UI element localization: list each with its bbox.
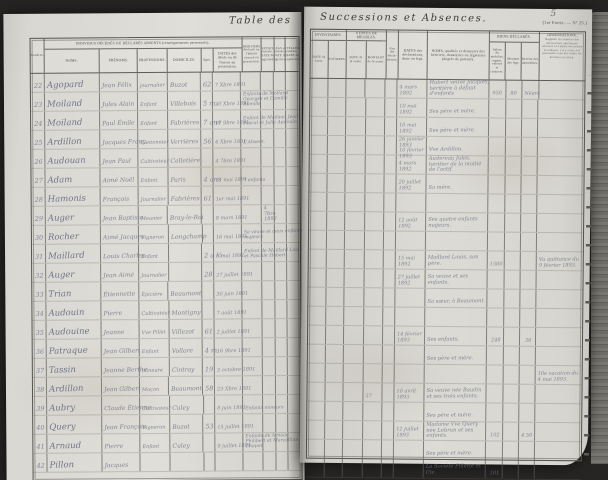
register-row: 23 Moiland Jules Alain Enfant Villebois … — [31, 91, 299, 112]
cell-vente-montant — [364, 288, 384, 306]
register-row-right: Ses père et mère. — [308, 345, 582, 367]
cell-numero: 31 — [32, 245, 46, 263]
cell-observation — [536, 385, 582, 403]
cell-numero: 27 — [31, 169, 45, 187]
cell-noms-heritiers — [426, 232, 488, 251]
cell-domicile: Vollore — [169, 339, 203, 357]
cell-vente-date — [344, 326, 364, 344]
observations-boilerplate: Rappeler les numéros des déclarations an… — [540, 38, 584, 59]
cell-profession: Maçon — [140, 377, 170, 395]
cell-nom: Agopard — [45, 73, 101, 91]
cell-numero-declaration — [385, 136, 397, 154]
register-row-right — [308, 307, 582, 329]
cell-heritiers — [244, 414, 264, 432]
cell-inventaire-date — [308, 345, 326, 363]
cell-date-deces: 15 juillet 1891 — [216, 414, 244, 432]
cell-prenoms: Jean François — [102, 415, 140, 433]
col-header-tutelles: TUTELLES et curatelles. — DATE de l'enre… — [286, 37, 299, 71]
cell-date-declaration: 4 mars 1892 — [397, 156, 427, 174]
register-row: 37 Tassin Jeanne Berthe mineure Cintray … — [33, 357, 301, 378]
cell-vente-date — [346, 117, 366, 135]
cell-prenoms: Jeanne — [102, 320, 140, 338]
cell-tutelles — [287, 281, 300, 299]
cell-vente-montant — [364, 231, 384, 249]
cell-domicile — [170, 453, 204, 471]
cell-montant-legs — [503, 442, 519, 460]
cell-valeur-mobilier — [489, 156, 506, 174]
cell-domicile: Buzot — [170, 415, 204, 433]
cell-noms-heritiers: Maillard Louis, son père. — [426, 251, 488, 270]
cell-vente-montant — [364, 250, 384, 268]
cell-domicile: Bray-le-Roi — [168, 206, 202, 224]
cell-noms-heritiers: Madame Vve Query née Lebrun et ses enfan… — [424, 422, 486, 441]
cell-domicile: Celletière — [168, 149, 202, 167]
cell-date-deces: 6 mai 1891 — [214, 243, 242, 261]
cell-age — [202, 225, 214, 243]
cell-vente-montant — [365, 117, 385, 135]
cell-numero-declaration — [383, 383, 395, 401]
cell-age: 4 m. — [203, 339, 215, 357]
cell-date-declaration — [396, 194, 426, 212]
cell-acceptations — [263, 281, 276, 299]
cell-numero-declaration — [384, 288, 396, 306]
cell-vente-montant — [363, 326, 383, 344]
cell-vente-date — [344, 269, 364, 287]
cell-numero-declaration — [383, 364, 395, 382]
cell-date-declaration — [394, 441, 424, 459]
cell-montant-legs: 80 — [506, 81, 522, 99]
cell-prenoms: Jean Félix — [100, 73, 138, 91]
cell-prenoms: Jean Gilbert — [102, 339, 140, 357]
cell-observation — [538, 214, 584, 232]
cell-acceptations — [262, 186, 275, 204]
cell-valeur-mobilier — [488, 194, 505, 212]
cell-vente-date — [345, 174, 365, 192]
cell-numero-declaration — [385, 117, 397, 135]
register-row: 38 Ardillon Jean Gilbert Maçon Beaumont … — [33, 376, 301, 397]
cell-inventaire-notaire — [326, 288, 344, 306]
cell-acceptations — [264, 414, 277, 432]
cell-nom: Arnaud — [47, 434, 103, 452]
cell-prenoms: Jean Baptiste — [101, 206, 139, 224]
col-header-heritiers: HÉRITIERS déclarés ou l'absent envoyé en… — [242, 37, 262, 71]
cell-inventaire-date — [309, 174, 327, 192]
cell-noms-heritiers: Sa mère. — [426, 175, 488, 194]
cell-nom: Audouin — [46, 301, 101, 319]
cell-tutelles — [287, 186, 300, 204]
cell-inventaire-date — [310, 136, 328, 154]
left-table-body: 22 Agopard Jean Félix journalier Buzot 6… — [31, 72, 302, 473]
cell-montant-legs — [506, 138, 522, 156]
register-row-right: Ses père et mère. — [307, 440, 581, 462]
cell-inventaire-date — [307, 402, 325, 420]
cell-montant-legs — [504, 271, 520, 289]
cell-inventaire-notaire — [325, 421, 343, 439]
cell-profession: Épicière — [139, 282, 169, 300]
cell-domicile: Verrières — [168, 130, 202, 148]
cell-noms-heritiers: Audereau Jules, héritier de la moitié de… — [427, 156, 489, 175]
register-row-right — [309, 193, 583, 215]
cell-vente-montant — [364, 307, 384, 325]
cell-legs — [275, 186, 287, 204]
cell-inventaire-notaire — [325, 440, 343, 458]
cell-inventaire-notaire — [328, 98, 346, 116]
cell-noms-heritiers: Sa sœur, à Beaumont. — [425, 289, 487, 308]
cell-tutelles — [287, 205, 300, 223]
cell-nom: Auger — [46, 263, 102, 281]
cell-nom: Ardillon — [47, 377, 102, 395]
cell-prenoms: Aimé Noël — [101, 168, 139, 186]
cell-prenoms: Paul Émile — [100, 111, 138, 129]
col-header-domiciles: DOMICILES. — [168, 49, 202, 72]
col-header-revenu-immeubles: Revenu des immeubles. — [522, 43, 539, 80]
register-row-right: 15 mai 1892 Maillard Louis, son père. 15… — [309, 250, 583, 272]
cell-profession: Cultivateur — [139, 301, 169, 319]
register-row-right: 12 juillet 1893 Madame Vve Query née Leb… — [307, 421, 581, 443]
printed-part-reference: (1re Partie. — N° 25.) — [543, 20, 587, 25]
cell-tutelles — [287, 262, 300, 280]
cell-domicile: Cintray — [170, 358, 204, 376]
page-title-right: Successions et Absences. — [320, 12, 487, 25]
cell-tutelles — [286, 148, 299, 166]
cell-vente-date — [345, 155, 365, 173]
cell-valeur-mobilier — [489, 99, 506, 117]
cell-date-declaration: 15 mai 1892 — [396, 251, 426, 269]
cell-vente-montant — [366, 98, 386, 116]
register-row-right: 10e vacation du 4 mai 1893. — [308, 364, 582, 386]
right-table-body: 4 mars 1892 Hubert veuve Jacques, hériti… — [307, 79, 585, 480]
cell-numero: 42 — [33, 454, 47, 472]
col-header-observations: OBSERVATIONS. Rappeler les numéros des d… — [539, 32, 585, 80]
cell-numero: 33 — [32, 283, 46, 301]
cell-domicile: Villezot — [169, 320, 203, 338]
cell-tutelles — [288, 300, 301, 318]
cell-inventaire-date — [310, 117, 328, 135]
cell-heritiers: Enfants de Arnaud Philibert et Marcellin… — [244, 433, 264, 451]
register-row: 22 Agopard Jean Félix journalier Buzot 6… — [31, 72, 299, 93]
cell-date-deces: 1er mai 1891 — [214, 186, 242, 204]
cell-noms-heritiers: Ses père et mère. — [425, 346, 487, 365]
cell-inventaire-notaire — [328, 136, 346, 154]
cell-numero: 34 — [32, 302, 46, 320]
cell-numero: 23 — [31, 93, 45, 111]
cell-heritiers: Enfants de Moiland Georges et Camille Ro… — [241, 91, 261, 109]
register-row: 39 Aubry Claude Étienne Cultivateur Cule… — [33, 395, 301, 416]
register-row: 35 Audouine Jeanne Vve Pillet Villezot 6… — [33, 319, 301, 340]
cell-revenu-immeubles — [521, 157, 538, 175]
cell-vente-montant: 57 — [363, 383, 383, 401]
cell-domicile — [169, 244, 203, 262]
cell-prenoms: Jean Paul — [100, 149, 138, 167]
cell-revenu-immeubles — [520, 290, 537, 308]
cell-numero-declaration — [383, 307, 395, 325]
cell-valeur-mobilier — [487, 308, 504, 326]
cell-inventaire-date — [307, 459, 325, 477]
cell-numero: 32 — [32, 264, 46, 282]
cell-revenu-immeubles — [521, 214, 538, 232]
cell-acceptations — [261, 72, 274, 90]
cell-legs — [275, 205, 287, 223]
group-header-inventaires: INVENTAIRES. — [311, 30, 346, 41]
cell-acceptations — [263, 300, 276, 318]
cell-numero: 39 — [33, 397, 47, 415]
cell-observation — [537, 233, 583, 251]
cell-vente-date — [345, 136, 365, 154]
cell-nom: Aubry — [47, 396, 102, 414]
cell-vente-montant — [363, 402, 383, 420]
cell-montant-legs — [504, 347, 520, 365]
cell-heritiers — [242, 148, 262, 166]
register-row: 25 Ardillon Jacques Franç. Cantonnier Ve… — [31, 129, 299, 150]
register-row: 41 Arnaud Pierre Enfant Culey 9 juillet … — [33, 433, 301, 454]
cell-numero-declaration — [385, 155, 397, 173]
cell-inventaire-date — [310, 155, 328, 173]
cell-nom: Rocher — [46, 225, 101, 243]
cell-heritiers — [243, 319, 263, 337]
cell-vente-date — [345, 212, 365, 230]
cell-observation — [535, 461, 581, 479]
right-table-header: INVENTAIRES. DATE de l'acte. NOTAIRES. V… — [311, 30, 585, 82]
cell-profession: journalier — [138, 73, 168, 91]
cell-inventaire-date — [308, 288, 326, 306]
cell-profession: Cantonnier — [138, 130, 168, 148]
cell-age — [204, 396, 216, 414]
cell-date-declaration — [394, 403, 424, 421]
cell-profession: Vigneron — [140, 415, 170, 433]
group-header-ventes: VENTES DE MEUBLES. — [347, 30, 386, 41]
cell-date-declaration — [395, 346, 425, 364]
cell-montant-legs — [504, 309, 520, 327]
col-group-inventaires: INVENTAIRES. DATE de l'acte. NOTAIRES. — [311, 30, 347, 78]
cell-observation — [539, 100, 585, 118]
cell-prenoms: Pierre — [102, 301, 140, 319]
cell-numero: 25 — [31, 131, 45, 149]
cell-domicile: Paris — [168, 168, 202, 186]
register-row-right: 10 mai 1892 Ses père et mère. — [310, 98, 584, 120]
register-row-right: 12 août 1892 Ses quatre enfants majeurs. — [309, 212, 583, 234]
cell-nom: Moiland — [45, 92, 101, 110]
cell-numero-declaration — [385, 98, 397, 116]
register-row: 34 Audouin Pierre Cultivateur Montigny 7… — [32, 300, 300, 321]
cell-noms-heritiers: Ses père et mère. — [427, 118, 489, 137]
register-row: 36 Patraque Jean Gilbert Enfant Vollore … — [33, 338, 301, 359]
register-row: 26 Audouan Jean Paul Cultivateur Celleti… — [31, 148, 299, 169]
register-row: 24 Moiland Paul Émile Enfant Fabrières 7… — [31, 110, 299, 131]
cell-age: 28 — [202, 263, 214, 281]
cell-age: 5 m. — [201, 92, 213, 110]
cell-prenoms: Jules Alain — [100, 92, 138, 110]
cell-profession: Journalier — [139, 263, 169, 281]
cell-montant-legs — [503, 366, 519, 384]
register-row-right: La Société Fillette et Cie. 101 — [307, 459, 581, 480]
cell-prenoms: François — [101, 187, 139, 205]
cell-vente-montant — [362, 440, 382, 458]
cell-profession: Enfant — [140, 434, 170, 452]
cell-vente-montant — [363, 364, 383, 382]
cell-montant-legs — [504, 290, 520, 308]
cell-noms-heritiers: Ses quatre enfants majeurs. — [426, 213, 488, 232]
cell-numero: 37 — [33, 359, 47, 377]
cell-tutelles — [288, 376, 301, 394]
cell-vente-montant — [365, 155, 385, 173]
cell-profession: Enfant — [139, 244, 169, 262]
cell-noms-heritiers: La Société Fillette et Cie. — [424, 460, 486, 479]
cell-prenoms: Jacques — [103, 453, 141, 471]
cell-vente-date — [344, 307, 364, 325]
cell-observation — [536, 328, 582, 346]
cell-date-declaration: 12 juillet 1893 — [394, 422, 424, 440]
cell-nom: Audouine — [46, 320, 102, 338]
cell-numero-declaration — [383, 326, 395, 344]
col-header-noms-heritiers: NOMS, qualités et demeures des héritiers… — [428, 31, 490, 80]
register-row-right: 10 mai 1892 Ses père et mère. — [310, 117, 584, 139]
cell-vente-date — [346, 79, 366, 97]
cell-montant-legs — [504, 328, 520, 346]
cell-montant-legs — [505, 157, 521, 175]
cell-date-declaration: 4 mars 1892 — [397, 80, 427, 98]
cell-prenoms: Jean Gilbert — [102, 377, 140, 395]
cell-age: 53 — [204, 415, 216, 433]
register-row-right: 57 10 avril 1893 Sa veuve née Baudin et … — [307, 383, 581, 405]
cell-vente-date — [344, 288, 364, 306]
cell-age: 4 ans — [202, 168, 214, 186]
cell-noms-heritiers: Sa veuve et ses enfants. — [425, 270, 487, 289]
cell-prenoms: Étiennette — [101, 282, 139, 300]
cell-inventaire-date — [309, 193, 327, 211]
cell-inventaire-date — [307, 421, 325, 439]
cell-heritiers — [242, 186, 262, 204]
cell-nom: Audouan — [45, 149, 100, 167]
cell-inventaire-date — [309, 269, 327, 287]
cell-heritiers: L'Absent. — [242, 129, 262, 147]
cell-profession: Meunier — [139, 206, 169, 224]
cell-nom: Tassin — [47, 358, 102, 376]
col-header-vente-date: DATE de la vente. — [347, 41, 367, 78]
cell-numero-declaration — [384, 250, 396, 268]
cell-date-deces: 23 Xbre 1891 — [215, 376, 243, 394]
cell-noms-heritiers: Sa veuve née Baudin et ses trois enfants… — [424, 384, 486, 403]
observations-label: OBSERVATIONS. — [547, 33, 577, 38]
cell-numero: 28 — [32, 188, 46, 206]
cell-prenoms: Jeanne Berthe — [102, 358, 140, 376]
cell-profession: Cultivateur — [138, 149, 168, 167]
cell-profession: Vigneron — [139, 225, 169, 243]
cell-montant-legs — [503, 385, 519, 403]
cell-date-deces: 30 Xbre 1891 — [213, 91, 241, 109]
cell-vente-date — [345, 231, 365, 249]
cell-inventaire-date — [308, 307, 326, 325]
cell-inventaire-notaire — [327, 193, 345, 211]
cell-date-deces: 8 mars 1891 — [214, 205, 242, 223]
cell-valeur-mobilier — [487, 289, 504, 307]
cell-noms-heritiers: Ses père et mère. — [424, 403, 486, 422]
cell-legs — [277, 452, 289, 470]
cell-vente-date — [343, 440, 363, 458]
cell-vente-date — [346, 98, 366, 116]
col-header-numeros: Numéros. — [31, 39, 45, 73]
cell-date-declaration: 20 juillet 1892 — [397, 175, 427, 193]
cell-nom: Patraque — [46, 339, 101, 357]
cell-revenu-immeubles: Néant — [522, 81, 539, 99]
register-row-right: Ses père et mère. — [307, 402, 581, 424]
cell-date-declaration — [396, 289, 426, 307]
cell-date-declaration — [396, 232, 426, 250]
cell-inventaire-notaire — [327, 174, 345, 192]
cell-age — [202, 206, 214, 224]
cell-acceptations — [262, 148, 275, 166]
handwritten-page-number: 5 — [550, 9, 556, 19]
cell-observation — [538, 119, 584, 137]
book-page-edge-stack — [591, 12, 608, 464]
cell-nom: Trian — [46, 282, 101, 300]
cell-vente-date — [343, 402, 363, 420]
cell-tutelles — [288, 319, 301, 337]
cell-profession: mineure — [140, 358, 170, 376]
cell-inventaire-notaire — [327, 250, 345, 268]
cell-vente-montant — [365, 174, 385, 192]
cell-acceptations — [263, 357, 276, 375]
cell-montant-legs — [504, 252, 520, 270]
cell-inventaire-date — [309, 250, 327, 268]
cell-valeur-mobilier — [487, 270, 504, 288]
cell-inventaire-notaire — [327, 231, 345, 249]
register-row: 31 Maillard Louis Charles Enfant 2 a ½ 6… — [32, 243, 300, 264]
cell-numero-declaration — [382, 421, 394, 439]
cell-domicile: Buzot — [167, 73, 201, 91]
col-header-professions: PROFESSIONS. — [138, 49, 168, 72]
cell-numero-declaration — [382, 440, 394, 458]
cell-valeur-mobilier — [486, 384, 503, 402]
cell-inventaire-notaire — [328, 79, 346, 97]
cell-heritiers: Sa veuve et deux enfants majeurs — [242, 224, 262, 242]
register-row: 28 Hamonis François Journalier Fabrières… — [32, 186, 300, 207]
cell-inventaire-date — [310, 98, 328, 116]
cell-inventaire-date — [309, 212, 327, 230]
cell-vente-date — [343, 345, 363, 363]
cell-inventaire-date — [310, 79, 328, 97]
cell-date-deces: 7 Xbre 1891 — [213, 72, 241, 90]
cell-tutelles — [288, 357, 301, 375]
cell-profession: Journalier — [139, 187, 169, 205]
cell-numero-declaration — [385, 174, 397, 192]
col-header-prenoms: PRÉNOMS. — [100, 49, 138, 72]
cell-revenu-immeubles — [522, 119, 539, 137]
cell-valeur-mobilier — [487, 365, 504, 383]
cell-acceptations — [264, 452, 277, 470]
cell-domicile: Montigny — [169, 301, 203, 319]
cell-domicile: Longchamp — [168, 225, 202, 243]
cell-domicile: Culey — [170, 434, 204, 452]
cell-inventaire-notaire — [326, 326, 344, 344]
cell-profession: Vve Pillet — [139, 320, 169, 338]
cell-valeur-mobilier — [486, 441, 503, 459]
cell-inventaire-notaire — [328, 117, 346, 135]
register-row-right: 4 mars 1892 Hubert veuve Jacques, hériti… — [310, 79, 584, 101]
cell-numero: 41 — [33, 435, 47, 453]
cell-date-declaration: 14 février 1893 — [395, 327, 425, 345]
cell-numero-declaration — [384, 212, 396, 230]
cell-prenoms: Louis Charles — [101, 244, 139, 262]
cell-montant-legs — [502, 461, 518, 479]
cell-legs — [276, 319, 288, 337]
cell-vente-montant — [364, 269, 384, 287]
cell-profession: Enfant — [138, 168, 168, 186]
cell-nom: Auger — [46, 206, 101, 224]
cell-valeur-mobilier — [488, 175, 505, 193]
cell-valeur-mobilier: 950 — [489, 80, 506, 98]
register-row: 30 Rocher Aimé Jacques Vigneron Longcham… — [32, 224, 300, 245]
cell-heritiers — [243, 357, 263, 375]
